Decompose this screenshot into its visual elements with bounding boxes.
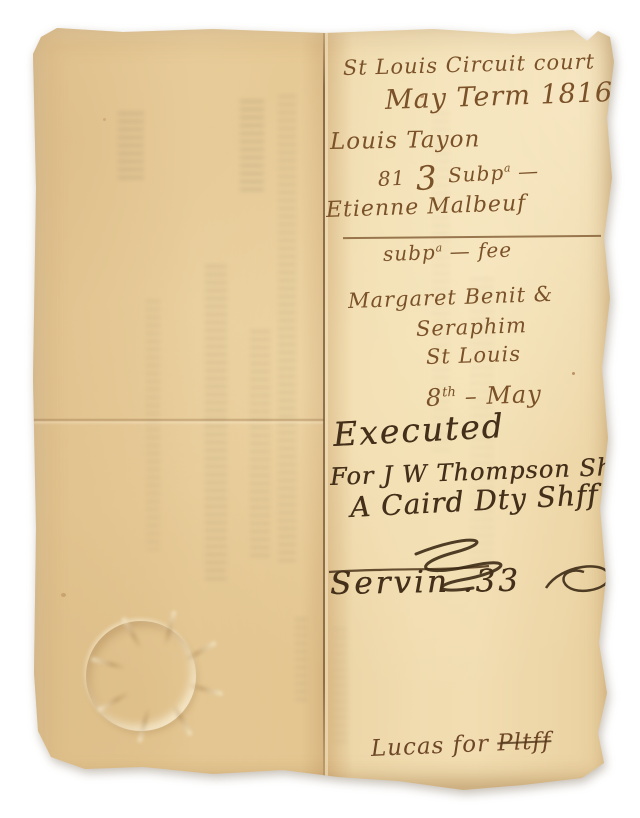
bleedthrough-mark	[146, 300, 160, 550]
fee-rest: — fee	[449, 238, 512, 264]
executed-line: Executed	[332, 409, 505, 451]
center-fold-highlight	[325, 28, 328, 790]
bleedthrough-mark	[295, 618, 307, 703]
case-number: 81	[377, 166, 406, 191]
bleedthrough-mark	[333, 628, 347, 748]
plaintiff-name: Louis Tayon	[330, 128, 481, 154]
versus-mark: 3	[412, 158, 442, 198]
writ-dash: —	[517, 159, 539, 184]
bleedthrough-mark	[250, 330, 270, 562]
service-fee-line: Servin .33	[330, 566, 521, 600]
bleedthrough-mark	[205, 265, 227, 580]
document-scan: St Louis Circuit court May Term 1816 Lou…	[0, 0, 640, 818]
date-ordinal: th	[442, 385, 456, 400]
term-line: May Term 1816	[385, 79, 614, 114]
plaintiff-abbrev: Pltff	[497, 728, 552, 756]
ink-speck	[103, 118, 106, 121]
ink-speck	[572, 372, 575, 375]
center-fold-crease	[323, 28, 325, 790]
witness-name-2: Seraphim	[416, 315, 528, 340]
service-date-line: 8th – May	[426, 382, 543, 410]
writ-abbrev: Subp	[447, 160, 504, 187]
attorney-name: Lucas for	[370, 730, 497, 761]
paper-background: St Louis Circuit court May Term 1816 Lou…	[33, 28, 615, 790]
horizontal-fold-crease	[33, 419, 324, 421]
date-day: 8	[426, 383, 443, 412]
fee-word: subp	[383, 240, 437, 266]
writ-superscript: a	[504, 161, 511, 174]
ink-speck	[61, 593, 66, 597]
subpoena-fee-line: subpa — fee	[383, 240, 513, 264]
witness-name-3: St Louis	[426, 344, 522, 368]
bleedthrough-mark	[118, 112, 144, 182]
bleedthrough-mark	[278, 95, 296, 565]
fee-superscript: a	[435, 241, 442, 254]
paper-sheet: St Louis Circuit court May Term 1816 Lou…	[33, 28, 615, 790]
defendant-name: Etienne Malbeuf	[326, 193, 527, 222]
witness-name-1: Margaret Benit &	[348, 284, 554, 312]
bleedthrough-mark	[240, 100, 264, 195]
attorney-line: Lucas for Pltff	[370, 730, 551, 761]
court-name-line: St Louis Circuit court	[343, 51, 596, 79]
